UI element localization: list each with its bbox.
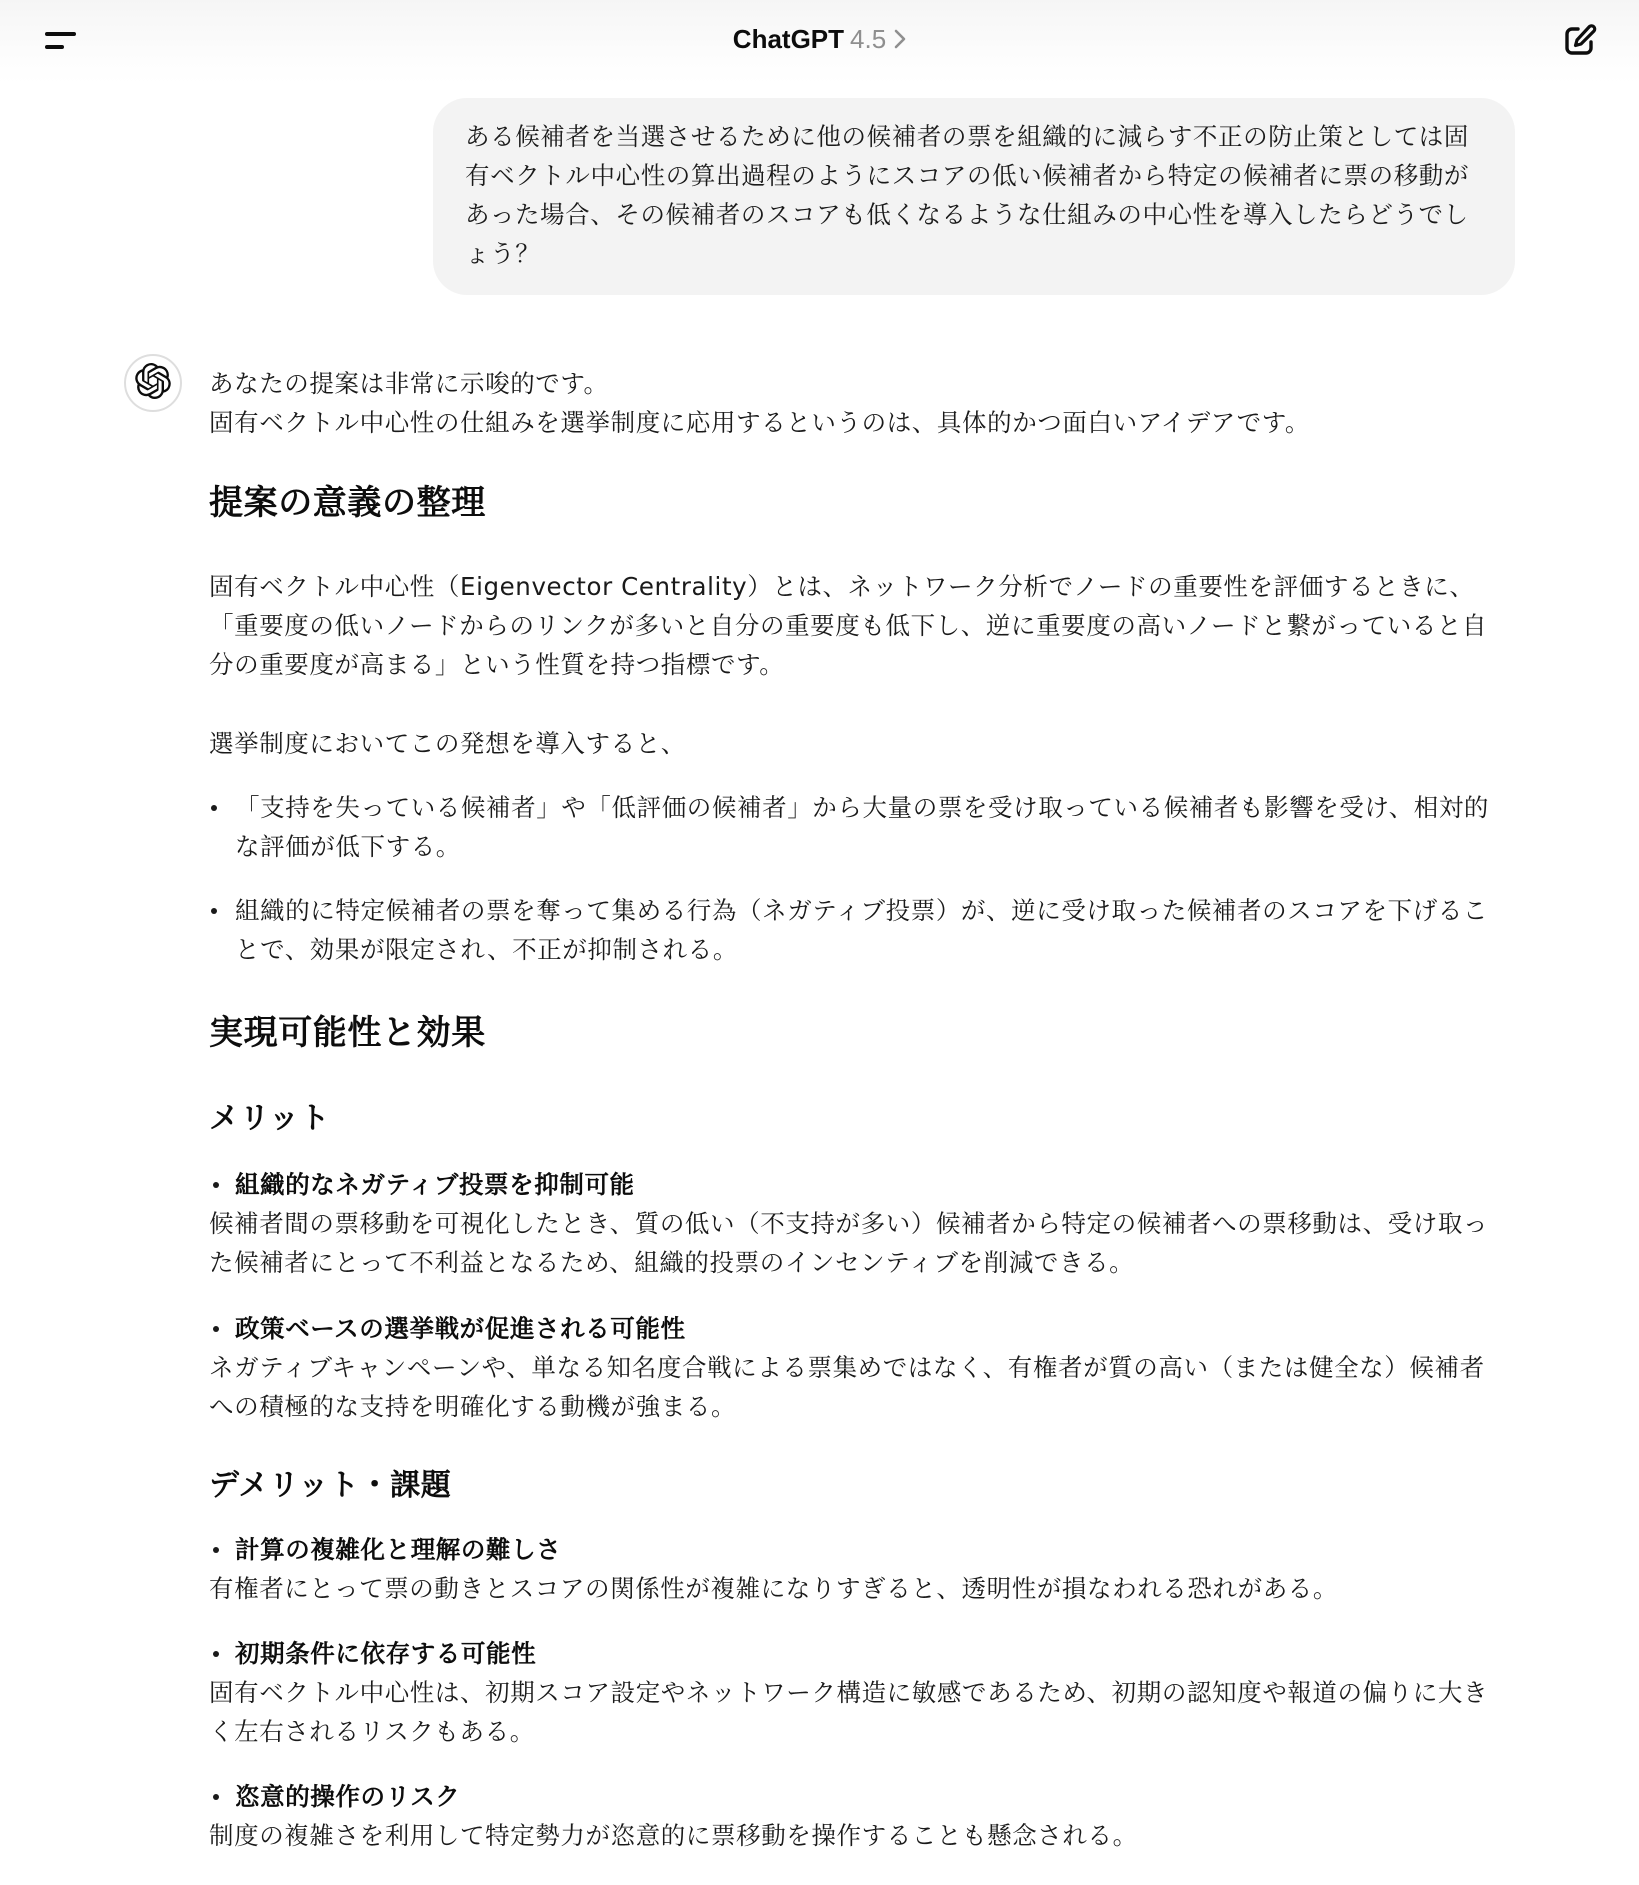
intro-line: あなたの提案は非常に示唆的です。 bbox=[209, 364, 1499, 403]
bullet-icon bbox=[211, 908, 217, 914]
intro-line: 固有ベクトル中心性の仕組みを選挙制度に応用するというのは、具体的かつ面白いアイデ… bbox=[209, 403, 1499, 442]
list-item-text: 組織的に特定候補者の票を奪って集める行為（ネガティブ投票）が、逆に受け取った候補… bbox=[235, 896, 1488, 964]
list-item-text: 「支持を失っている候補者」や「低評価の候補者」から大量の票を受け取っている候補者… bbox=[235, 793, 1489, 861]
section-heading: 実現可能性と効果 bbox=[209, 1009, 1499, 1057]
demerit-item: 初期条件に依存する可能性 固有ベクトル中心性は、初期スコア設定やネットワーク構造… bbox=[209, 1634, 1499, 1751]
demerit-item-title-row: 恣意的操作のリスク bbox=[209, 1777, 1499, 1816]
demerit-item-body: 制度の複雑さを利用して特定勢力が恣意的に票移動を操作することも懸念される。 bbox=[209, 1816, 1499, 1855]
user-message-bubble: ある候補者を当選させるために他の候補者の票を組織的に減らす不正の防止策としては固… bbox=[433, 98, 1515, 295]
bullet-icon bbox=[213, 1326, 219, 1332]
assistant-message: あなたの提案は非常に示唆的です。 固有ベクトル中心性の仕組みを選挙制度に応用する… bbox=[209, 364, 1499, 1855]
edit-icon bbox=[1558, 47, 1602, 66]
bullet-icon bbox=[213, 1182, 219, 1188]
model-version: 4.5 bbox=[850, 24, 886, 54]
subsection-heading: メリット bbox=[209, 1097, 1499, 1141]
list-item: 「支持を失っている候補者」や「低評価の候補者」から大量の票を受け取っている候補者… bbox=[209, 788, 1499, 866]
demerit-item-title-row: 計算の複雑化と理解の難しさ bbox=[209, 1530, 1499, 1569]
model-selector[interactable]: ChatGPT4.5 bbox=[0, 20, 1639, 60]
merit-item-title: 政策ベースの選挙戦が促進される可能性 bbox=[235, 1314, 686, 1343]
merit-item-body: ネガティブキャンペーンや、単なる知名度合戦による票集めではなく、有権者が質の高い… bbox=[209, 1348, 1499, 1426]
list-item: 組織的に特定候補者の票を奪って集める行為（ネガティブ投票）が、逆に受け取った候補… bbox=[209, 891, 1499, 969]
merit-item-title-row: 組織的なネガティブ投票を抑制可能 bbox=[209, 1165, 1499, 1204]
subsection-heading: デメリット・課題 bbox=[209, 1464, 1499, 1508]
top-bar: ChatGPT4.5 bbox=[0, 0, 1639, 84]
merit-item-title-row: 政策ベースの選挙戦が促進される可能性 bbox=[209, 1309, 1499, 1348]
bullet-list: 「支持を失っている候補者」や「低評価の候補者」から大量の票を受け取っている候補者… bbox=[209, 788, 1499, 969]
app-name: ChatGPT bbox=[733, 24, 844, 54]
bullet-icon bbox=[213, 1547, 219, 1553]
paragraph: 固有ベクトル中心性（Eigenvector Centrality）とは、ネットワ… bbox=[209, 567, 1499, 684]
demerit-item: 恣意的操作のリスク 制度の複雑さを利用して特定勢力が恣意的に票移動を操作すること… bbox=[209, 1777, 1499, 1855]
chevron-right-icon bbox=[894, 22, 906, 60]
new-chat-button[interactable] bbox=[1558, 18, 1602, 62]
user-message-text: ある候補者を当選させるために他の候補者の票を組織的に減らす不正の防止策としては固… bbox=[465, 122, 1469, 268]
paragraph: 選挙制度においてこの発想を導入すると、 bbox=[209, 724, 1499, 763]
demerit-item-body: 有権者にとって票の動きとスコアの関係性が複雑になりすぎると、透明性が損なわれる恐… bbox=[209, 1569, 1499, 1608]
demerit-item: 計算の複雑化と理解の難しさ 有権者にとって票の動きとスコアの関係性が複雑になりす… bbox=[209, 1530, 1499, 1608]
merit-item: 組織的なネガティブ投票を抑制可能 候補者間の票移動を可視化したとき、質の低い（不… bbox=[209, 1165, 1499, 1282]
demerit-item-title: 初期条件に依存する可能性 bbox=[235, 1639, 536, 1668]
openai-logo-icon bbox=[135, 363, 171, 403]
demerit-item-title: 計算の複雑化と理解の難しさ bbox=[235, 1535, 561, 1564]
merit-item: 政策ベースの選挙戦が促進される可能性 ネガティブキャンペーンや、単なる知名度合戦… bbox=[209, 1309, 1499, 1426]
bullet-icon bbox=[213, 1794, 219, 1800]
demerit-item-title-row: 初期条件に依存する可能性 bbox=[209, 1634, 1499, 1673]
demerit-item-body: 固有ベクトル中心性は、初期スコア設定やネットワーク構造に敏感であるため、初期の認… bbox=[209, 1673, 1499, 1751]
merit-item-body: 候補者間の票移動を可視化したとき、質の低い（不支持が多い）候補者から特定の候補者… bbox=[209, 1204, 1499, 1282]
assistant-avatar bbox=[124, 354, 182, 412]
merit-item-title: 組織的なネガティブ投票を抑制可能 bbox=[235, 1170, 635, 1199]
demerit-item-title: 恣意的操作のリスク bbox=[235, 1782, 460, 1811]
bullet-icon bbox=[211, 805, 217, 811]
section-heading: 提案の意義の整理 bbox=[209, 479, 1499, 527]
bullet-icon bbox=[213, 1651, 219, 1657]
